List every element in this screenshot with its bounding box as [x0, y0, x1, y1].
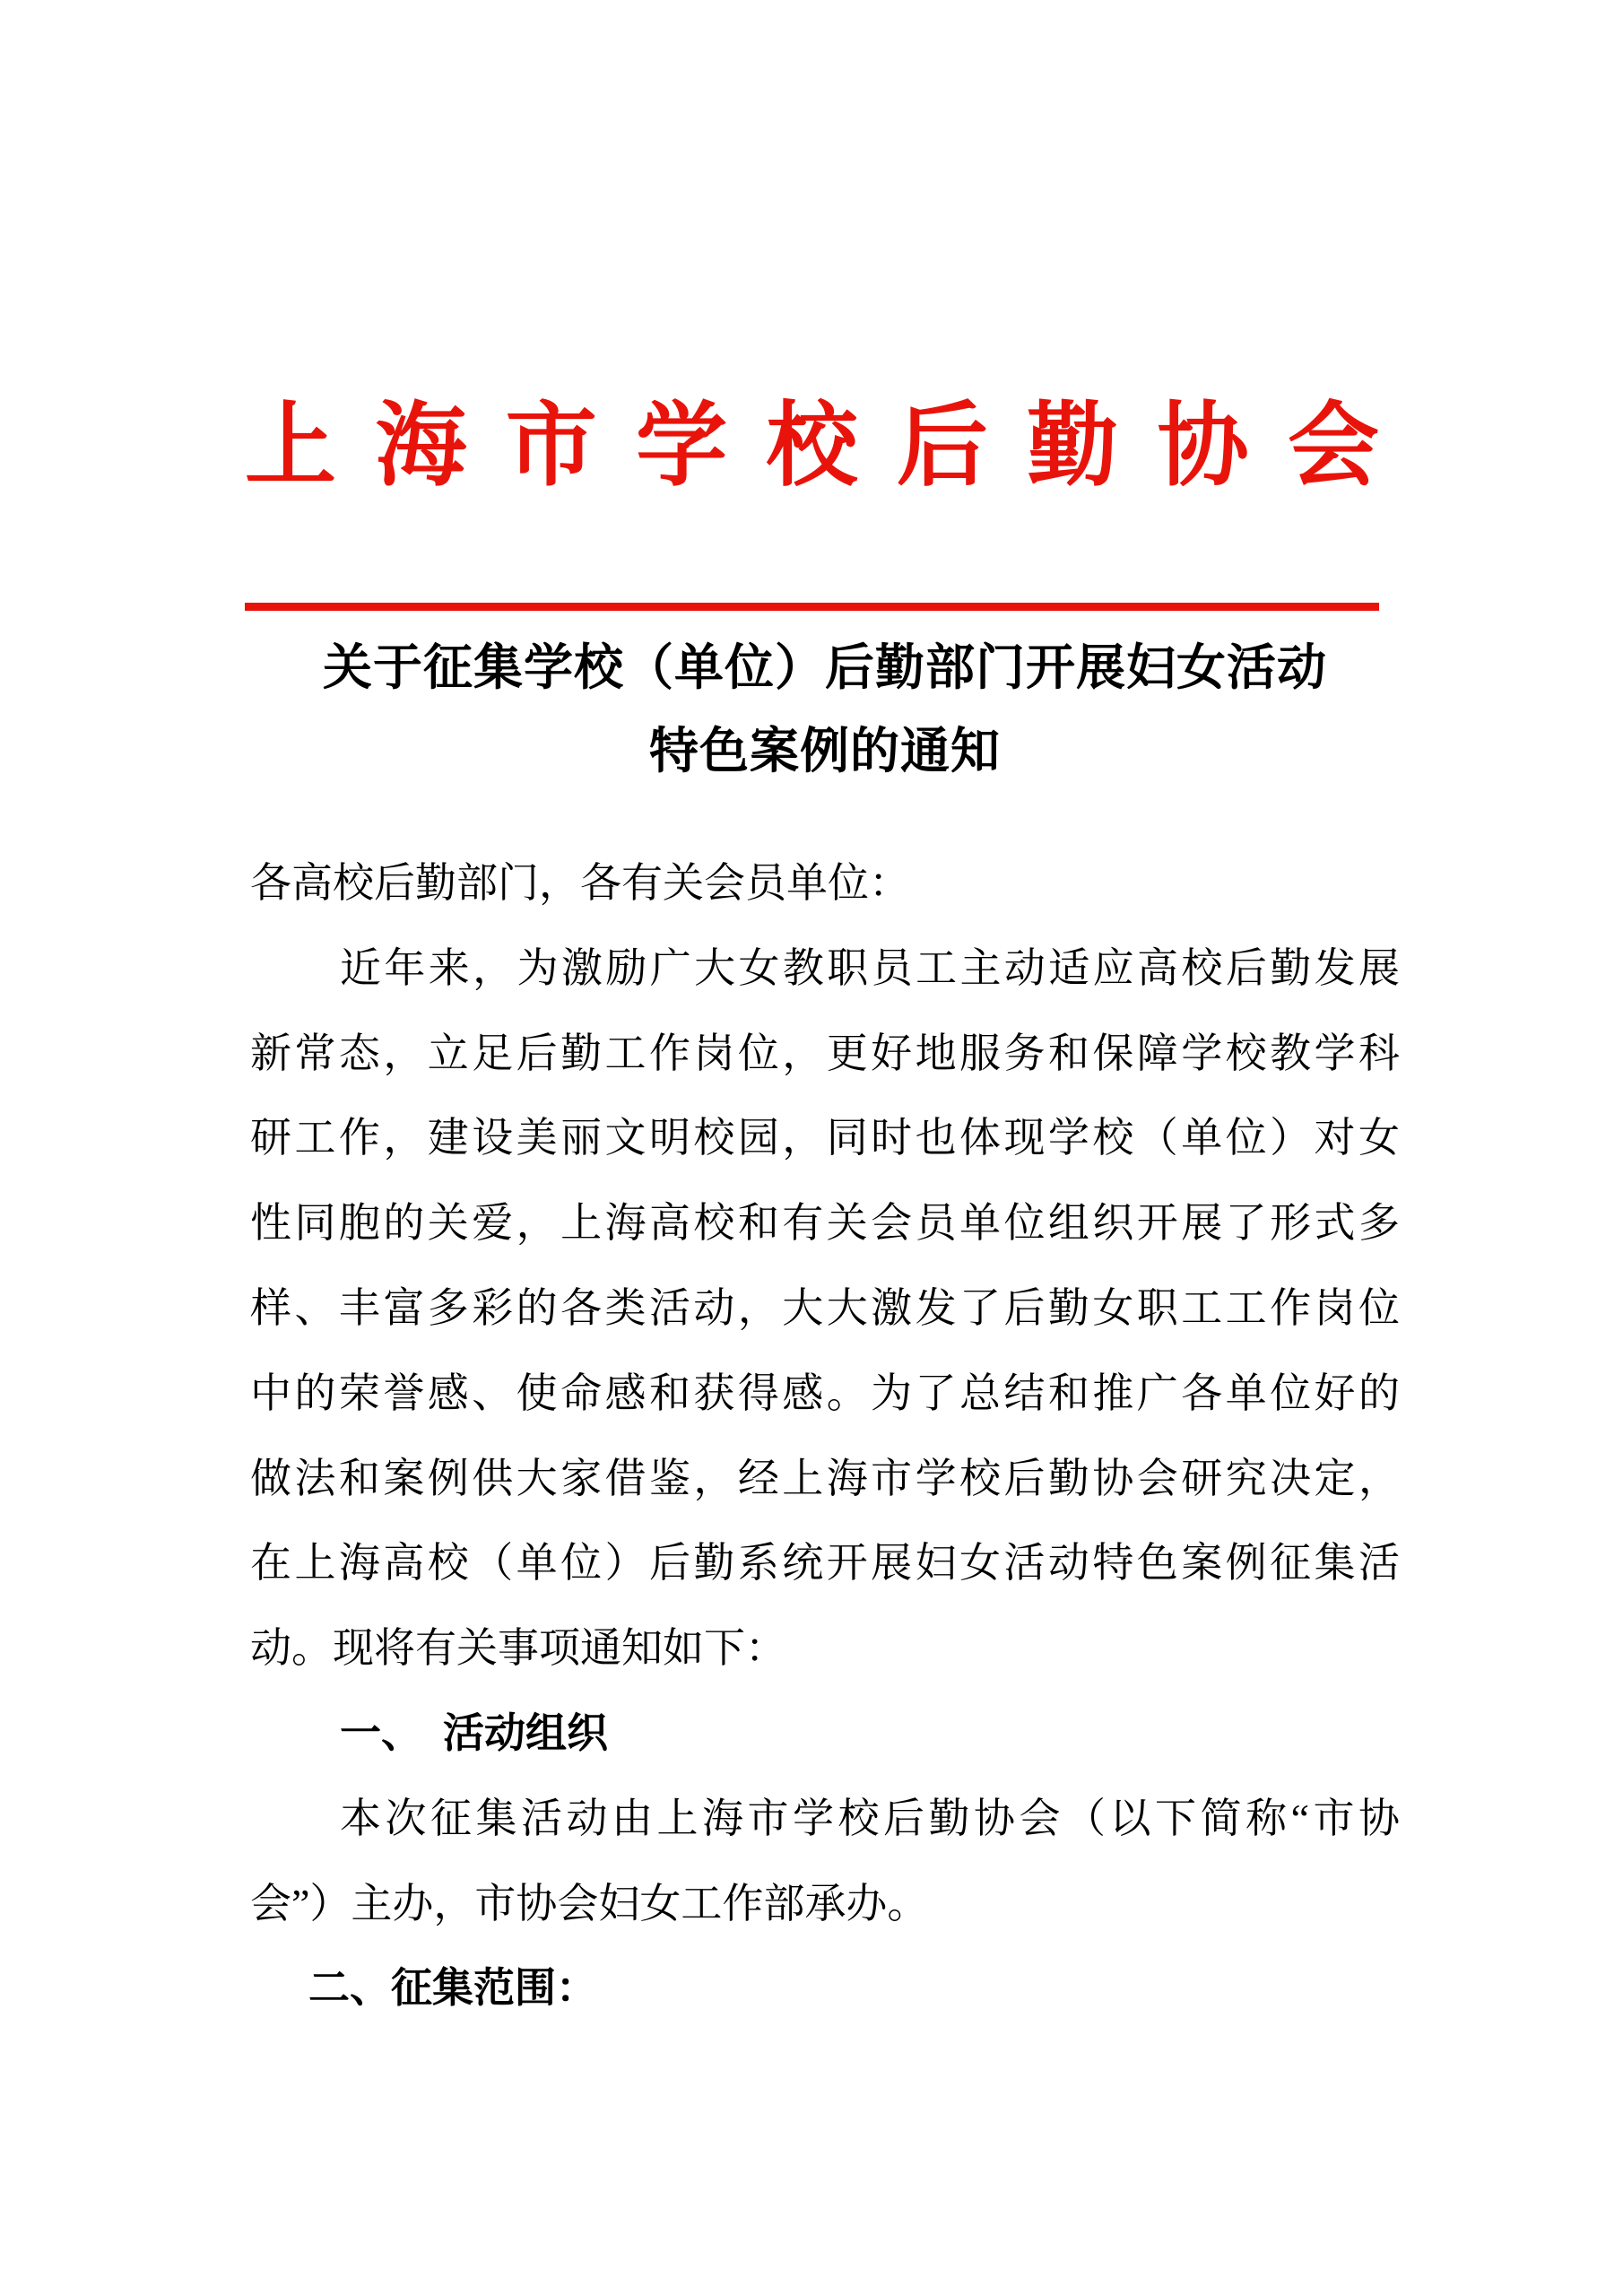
- letterhead-char: 后: [897, 396, 988, 499]
- letterhead-char: 海: [375, 396, 466, 499]
- body-line-12: 会”）主办，市协会妇女工作部承办。: [250, 1862, 1400, 1947]
- notice-title: 关于征集学校（单位）后勤部门开展妇女活动 特色案例的通知: [250, 626, 1400, 793]
- notice-title-line1: 关于征集学校（单位）后勤部门开展妇女活动: [250, 626, 1400, 709]
- body-line-8: 在上海高校（单位）后勤系统开展妇女活动特色案例征集活: [250, 1521, 1400, 1606]
- body-line-5: 样、丰富多彩的各类活动，大大激发了后勤女职工工作岗位: [250, 1266, 1400, 1352]
- notice-body: 各高校后勤部门，各有关会员单位： 近年来，为激励广大女教职员工主动适应高校后勤发…: [250, 841, 1400, 2031]
- red-divider-line: [245, 603, 1379, 611]
- body-line-6: 中的荣誉感、使命感和获得感。为了总结和推广各单位好的: [250, 1352, 1400, 1437]
- section-heading-2: 二、征集范围：: [250, 1946, 1400, 2031]
- letterhead-char: 校: [767, 396, 858, 499]
- letterhead-char: 协: [1158, 396, 1249, 499]
- salutation-line: 各高校后勤部门，各有关会员单位：: [250, 841, 1400, 926]
- body-line-2: 新常态，立足后勤工作岗位，更好地服务和保障学校教学科: [250, 1012, 1400, 1097]
- letterhead-char: 会: [1288, 396, 1379, 499]
- body-line-3: 研工作，建设美丽文明校园，同时也体现学校（单位）对女: [250, 1096, 1400, 1181]
- letterhead-char: 勤: [1027, 396, 1118, 499]
- document-page: 上海市学校后勤协会 关于征集学校（单位）后勤部门开展妇女活动 特色案例的通知 各…: [0, 0, 1623, 2296]
- body-line-1: 近年来，为激励广大女教职员工主动适应高校后勤发展: [250, 926, 1400, 1012]
- body-line-9: 动。现将有关事项通知如下：: [250, 1606, 1400, 1692]
- letterhead-char: 学: [636, 396, 727, 499]
- notice-title-line2: 特色案例的通知: [250, 709, 1400, 793]
- letterhead-char: 上: [245, 396, 336, 499]
- letterhead-title: 上海市学校后勤协会: [245, 396, 1379, 503]
- letterhead-char: 市: [506, 396, 597, 499]
- body-line-7: 做法和案例供大家借鉴，经上海市学校后勤协会研究决定，: [250, 1437, 1400, 1522]
- body-line-11: 本次征集活动由上海市学校后勤协会（以下简称“市协: [250, 1777, 1400, 1862]
- section-heading-1: 一、 活动组织: [250, 1692, 1400, 1777]
- body-line-4: 性同胞的关爱，上海高校和有关会员单位组织开展了形式多: [250, 1181, 1400, 1266]
